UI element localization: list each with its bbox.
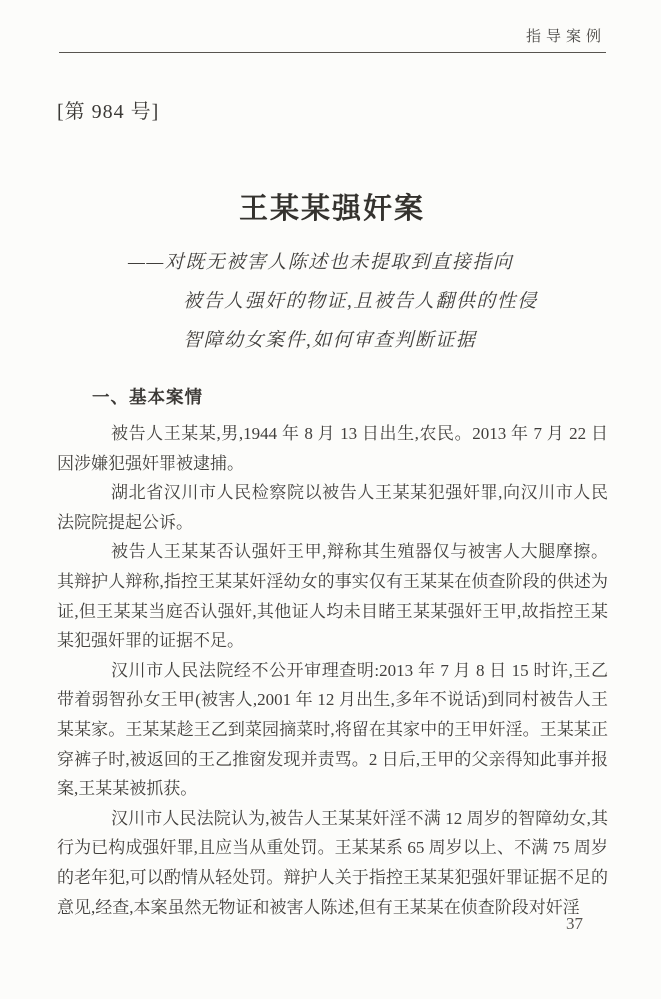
case-subtitle: ——对既无被害人陈述也未提取到直接指向 被告人强奸的物证,且被告人翻供的性侵 智… [128, 243, 538, 360]
case-number: [第 984 号] [57, 95, 159, 124]
section-heading-basic-facts: 一、基本案情 [92, 384, 203, 409]
document-page: 指导案例 [第 984 号] 王某某强奸案 ——对既无被害人陈述也未提取到直接指… [0, 0, 661, 999]
running-header-label: 指导案例 [526, 29, 606, 45]
subtitle-line-3: 智障幼女案件,如何审查判断证据 [183, 321, 538, 360]
page-number: 37 [566, 914, 583, 934]
paragraph-court-opinion: 汉川市人民法院认为,被告人王某某奸淫不满 12 周岁的智障幼女,其行为已构成强奸… [57, 804, 608, 922]
subtitle-line-2: 被告人强奸的物证,且被告人翻供的性侵 [183, 282, 538, 321]
body-text: 被告人王某某,男,1944 年 8 月 13 日出生,农民。2013 年 7 月… [57, 419, 608, 922]
case-title: 王某某强奸案 [57, 186, 607, 227]
paragraph-defense-argument: 被告人王某某否认强奸王甲,辩称其生殖器仅与被害人大腿摩擦。其辩护人辩称,指控王某… [57, 537, 608, 655]
paragraph-prosecution: 湖北省汉川市人民检察院以被告人王某某犯强奸罪,向汉川市人民法院院提起公诉。 [57, 478, 608, 537]
subtitle-line-1: ——对既无被害人陈述也未提取到直接指向 [128, 243, 538, 282]
header-rule [59, 52, 606, 53]
running-header: 指导案例 [59, 25, 606, 46]
paragraph-defendant-info: 被告人王某某,男,1944 年 8 月 13 日出生,农民。2013 年 7 月… [57, 419, 608, 478]
paragraph-court-findings: 汉川市人民法院经不公开审理查明:2013 年 7 月 8 日 15 时许,王乙带… [57, 656, 608, 804]
